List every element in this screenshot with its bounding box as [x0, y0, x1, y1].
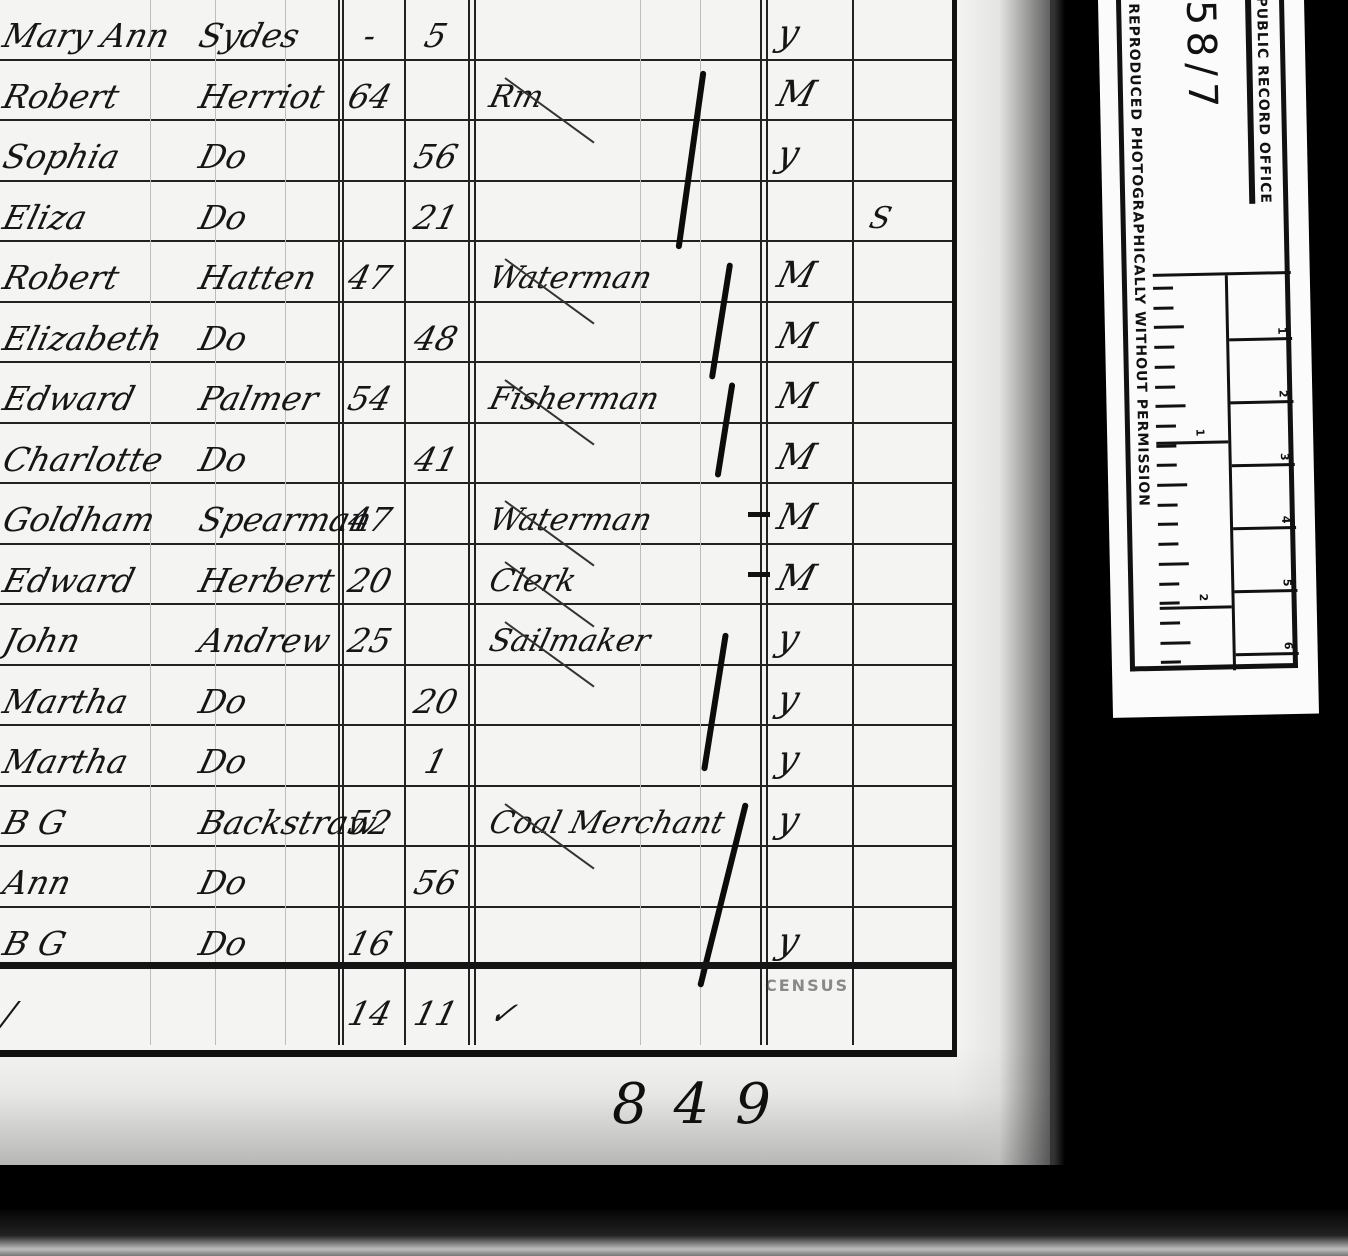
first-name-cell: Ann: [0, 866, 74, 899]
age-male-cell: 47: [334, 503, 406, 536]
ruler-tick: [1156, 424, 1176, 427]
ruler-divider: [1225, 275, 1236, 670]
age-female-cell: 21: [400, 201, 472, 234]
label-frame: REPRODUCED PHOTOGRAPHICALLY WITHOUT PERM…: [1116, 0, 1298, 671]
dash-mark: [748, 512, 770, 517]
ruler-tick: [1155, 404, 1185, 408]
census-row: RobertHatten47WatermanM: [0, 240, 952, 300]
first-name-cell: Mary Ann: [0, 19, 173, 52]
ruler-cm-line: [1230, 400, 1293, 404]
surname-cell: Sydes: [196, 19, 303, 52]
surname-cell: Do: [196, 745, 251, 778]
surname-cell: Herriot: [196, 80, 328, 113]
born-elsewhere-cell: S: [866, 204, 894, 234]
totals-check-mark: /: [0, 997, 19, 1030]
ruler-tick: [1155, 385, 1175, 388]
census-table: Mary AnnSydes-5yRobertHerriot64RmMSophia…: [0, 0, 957, 1057]
totals-occupation-check: ✓: [486, 999, 520, 1030]
age-female-cell: 41: [400, 443, 472, 476]
ruler-cm-label: 3: [1278, 453, 1291, 461]
census-row: AnnDo56: [0, 845, 952, 905]
ruler-tick: [1155, 365, 1175, 368]
age-male-cell: 64: [334, 80, 406, 113]
born-in-county-cell: y: [774, 16, 803, 52]
born-in-county-cell: M: [774, 440, 820, 476]
age-female-cell: 48: [400, 322, 472, 355]
first-name-cell: Robert: [0, 261, 123, 294]
occupation-cell: Sailmaker: [486, 626, 653, 657]
census-row: Mary AnnSydes-5y: [0, 0, 952, 58]
surname-cell: Palmer: [196, 382, 322, 415]
born-in-county-cell: M: [774, 77, 820, 113]
scale-ruler: 12123456: [1153, 271, 1299, 669]
age-male-cell: 47: [334, 261, 406, 294]
surname-cell: Do: [196, 140, 251, 173]
first-name-cell: Eliza: [0, 201, 90, 234]
pro-copyright-label: REPRODUCED PHOTOGRAPHICALLY WITHOUT PERM…: [1098, 0, 1319, 718]
age-female-cell: 1: [400, 745, 472, 778]
census-row: MarthaDo1y: [0, 724, 952, 784]
born-in-county-cell: y: [774, 621, 803, 657]
surname-cell: Do: [196, 322, 251, 355]
age-female-cell: 5: [400, 19, 472, 52]
ruler-tick: [1160, 641, 1190, 645]
ruler-tick: [1153, 306, 1173, 309]
ruler-cm-line: [1232, 463, 1295, 467]
born-in-county-cell: M: [774, 500, 820, 536]
age-male-cell: 25: [334, 624, 406, 657]
census-row: EdwardPalmer54FishermanM: [0, 361, 952, 421]
age-female-cell: 20: [400, 685, 472, 718]
total-females: 11: [400, 997, 472, 1030]
age-female-cell: 56: [400, 140, 472, 173]
census-row: GoldhamSpearman47WatermanM: [0, 482, 952, 542]
ruler-cm-label: 5: [1280, 579, 1293, 587]
ruler-cm-label: 4: [1279, 516, 1292, 524]
census-row: CharlotteDo41M: [0, 422, 952, 482]
census-row: B GBackstraw52Coal Merchanty: [0, 785, 952, 845]
surname-cell: Do: [196, 685, 251, 718]
census-row: JohnAndrew25Sailmakery: [0, 603, 952, 663]
first-name-cell: Goldham: [0, 503, 158, 536]
ruler-cm-label: 2: [1277, 390, 1290, 398]
ruler-tick: [1153, 286, 1173, 289]
census-row: B GDo16y: [0, 906, 952, 966]
ruler-inch-label: 2: [1197, 593, 1210, 601]
folio-number: 849: [612, 1072, 797, 1137]
occupation-cell: Waterman: [486, 263, 655, 294]
census-row: ElizaDo21S: [0, 180, 952, 240]
ruler-cm-line: [1229, 337, 1292, 341]
first-name-cell: Sophia: [0, 140, 123, 173]
census-page: Mary AnnSydes-5yRobertHerriot64RmMSophia…: [0, 0, 1050, 1165]
totals-rule: [0, 962, 952, 969]
label-office-text: PUBLIC RECORD OFFICE: [1245, 0, 1273, 204]
ruler-tick: [1160, 621, 1180, 624]
ruler-tick: [1154, 326, 1184, 330]
ruler-tick: [1159, 562, 1189, 566]
ruler-tick: [1161, 661, 1181, 664]
ruler-cm-line: [1236, 652, 1299, 656]
first-name-cell: Elizabeth: [0, 322, 166, 355]
faded-stamp: CENSUS: [765, 975, 915, 1025]
ruler-cm-line: [1233, 526, 1296, 530]
born-in-county-cell: y: [774, 137, 803, 173]
age-male-cell: 54: [334, 382, 406, 415]
age-male-cell: 52: [334, 806, 406, 839]
first-name-cell: Charlotte: [0, 443, 167, 476]
ruler-inch-line: [1160, 605, 1232, 610]
census-row: SophiaDo56y: [0, 119, 952, 179]
born-in-county-cell: M: [774, 319, 820, 355]
label-permission-text: REPRODUCED PHOTOGRAPHICALLY WITHOUT PERM…: [1125, 3, 1152, 507]
census-row: RobertHerriot64RmM: [0, 59, 952, 119]
first-name-cell: Edward: [0, 382, 138, 415]
surname-cell: Do: [196, 927, 251, 960]
surname-cell: Do: [196, 866, 251, 899]
dash-mark: [748, 572, 770, 577]
born-in-county-cell: M: [774, 379, 820, 415]
first-name-cell: Robert: [0, 80, 123, 113]
first-name-cell: John: [0, 624, 84, 657]
occupation-cell: Waterman: [486, 505, 655, 536]
film-edge: [0, 1210, 1348, 1256]
surname-cell: Do: [196, 201, 251, 234]
first-name-cell: B G: [0, 806, 69, 839]
page-edge-shadow: [955, 0, 1065, 1165]
surname-cell: Herbert: [196, 564, 338, 597]
ruler-inch-label: 1: [1193, 428, 1206, 436]
born-in-county-cell: y: [774, 924, 803, 960]
ruler-tick: [1157, 464, 1177, 467]
census-row: EdwardHerbert20ClerkM: [0, 543, 952, 603]
surname-cell: Do: [196, 443, 251, 476]
age-male-cell: 20: [334, 564, 406, 597]
ruler-tick: [1158, 503, 1178, 506]
ruler-cm-label: 1: [1275, 327, 1288, 335]
first-name-cell: Edward: [0, 564, 138, 597]
age-female-cell: 56: [400, 866, 472, 899]
born-in-county-cell: M: [774, 561, 820, 597]
first-name-cell: B G: [0, 927, 69, 960]
age-male-cell: -: [334, 19, 406, 52]
age-male-cell: 16: [334, 927, 406, 960]
surname-cell: Andrew: [196, 624, 334, 657]
ruler-tick: [1158, 543, 1178, 546]
born-in-county-cell: M: [774, 258, 820, 294]
born-in-county-cell: y: [774, 682, 803, 718]
census-row: ElizabethDo48M: [0, 301, 952, 361]
total-males: 14: [334, 997, 406, 1030]
piece-reference: 58/7: [1177, 0, 1225, 114]
ruler-tick: [1159, 582, 1179, 585]
ruler-tick: [1158, 523, 1178, 526]
census-row: MarthaDo20y: [0, 664, 952, 724]
ruler-tick: [1154, 346, 1174, 349]
first-name-cell: Martha: [0, 685, 132, 718]
born-in-county-cell: y: [774, 742, 803, 778]
occupation-cell: Fisherman: [486, 384, 662, 415]
born-in-county-cell: y: [774, 803, 803, 839]
ruler-inch-line: [1156, 440, 1228, 445]
ruler-cm-label: 6: [1282, 642, 1295, 650]
ruler-cm-line: [1234, 589, 1297, 593]
ruler-tick: [1160, 602, 1180, 605]
surname-cell: Hatten: [196, 261, 320, 294]
ruler-tick: [1157, 483, 1187, 487]
first-name-cell: Martha: [0, 745, 132, 778]
occupation-cell: Coal Merchant: [486, 808, 728, 839]
